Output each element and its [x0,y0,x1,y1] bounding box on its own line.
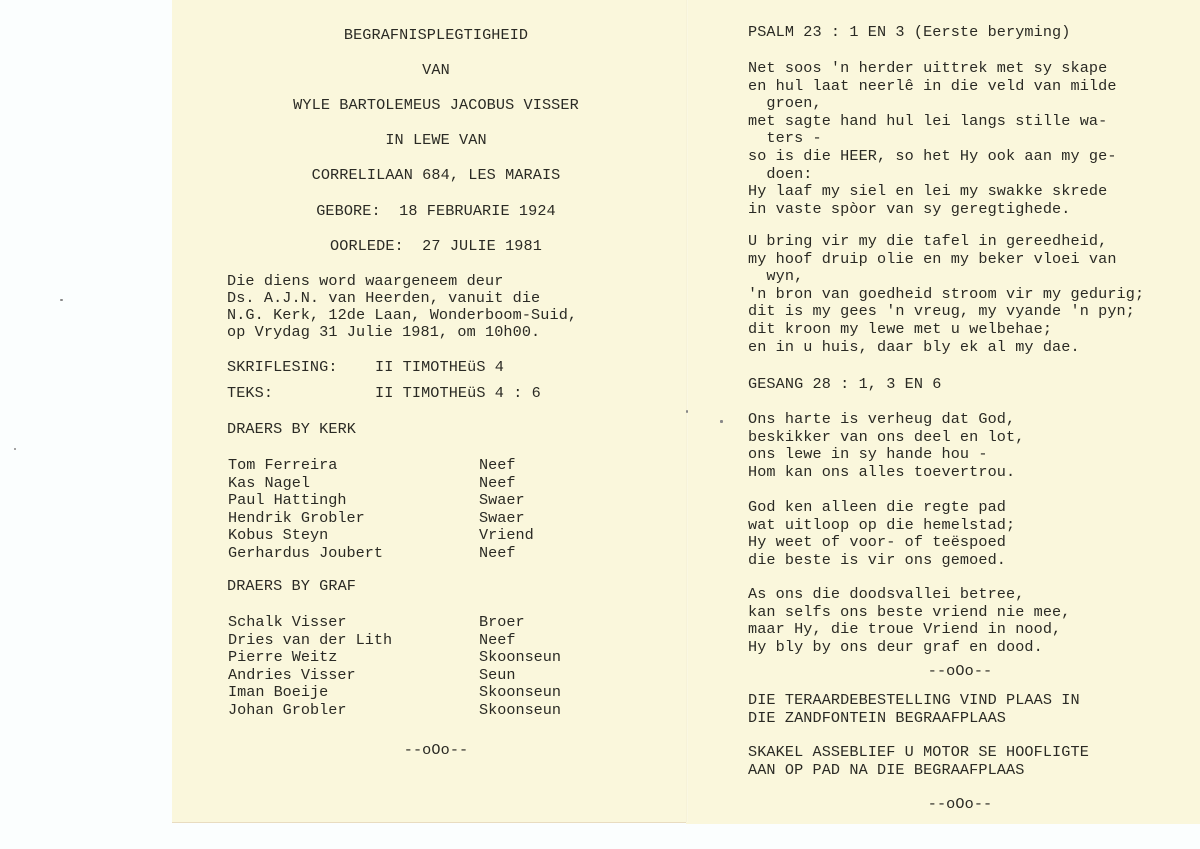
bearers-grave-heading: DRAERS BY GRAF [227,578,356,596]
bearer-name: Iman Boeije [228,683,328,701]
text-line: AAN OP PAD NA DIE BEGRAAFPLAAS [748,762,1024,780]
service-line: op Vrydag 31 Julie 1981, om 10h00. [227,324,540,342]
bearer-relation: Swaer [479,509,525,527]
skriflesing-label: SKRIFLESING: [227,359,338,377]
text-line: U bring vir my die tafel in gereedheid, [748,233,1107,251]
bearer-relation: Skoonseun [479,648,561,666]
text-line: met sagte hand hul lei langs stille wa- [748,113,1107,131]
text-line: Ons harte is verheug dat God, [748,411,1015,429]
bearer-relation: Vriend [479,526,534,544]
text-line: DIE TERAARDEBESTELLING VIND PLAAS IN [748,692,1080,710]
text-line: en in u huis, daar bly ek al my dae. [748,339,1080,357]
in-lewe-van: IN LEWE VAN [226,132,646,150]
text-line: die beste is vir ons gemoed. [748,552,1006,570]
text-line: Hom kan ons alles toevertrou. [748,464,1015,482]
bearer-name: Schalk Visser [228,613,346,631]
skriflesing-value: II TIMOTHEüS 4 [375,359,504,377]
speck [686,410,688,413]
teks-label: TEKS: [227,385,273,403]
speck [60,299,63,301]
text-line: dit kroon my lewe met u welbehae; [748,321,1052,339]
death-date: OORLEDE: 27 JULIE 1981 [226,238,646,256]
text-line: beskikker van ons deel en lot, [748,429,1024,447]
text-line: groen, [748,95,822,113]
text-line: ters - [748,130,822,148]
bearer-relation: Neef [479,631,515,649]
text-line: God ken alleen die regte pad [748,499,1006,517]
bearer-name: Pierre Weitz [228,648,337,666]
text-line: wyn, [748,268,803,286]
text-line: ons lewe in sy hande hou - [748,446,988,464]
bearer-relation: Skoonseun [479,683,561,701]
text-line: Hy bly by ons deur graf en dood. [748,639,1043,657]
teks-value: II TIMOTHEüS 4 : 6 [375,385,541,403]
text-line: maar Hy, die troue Vriend in nood, [748,621,1061,639]
text-line: dit is my gees 'n vreug, my vyande 'n py… [748,303,1135,321]
bearer-relation: Neef [479,456,515,474]
speck [14,448,16,450]
text-line: kan selfs ons beste vriend nie mee, [748,604,1071,622]
text-line: doen: [748,166,813,184]
bearer-name: Paul Hattingh [228,491,346,509]
text-line: DIE ZANDFONTEIN BEGRAAFPLAAS [748,710,1006,728]
bearer-relation: Swaer [479,491,525,509]
service-line: Ds. A.J.N. van Heerden, vanuit die [227,290,540,308]
bearer-name: Kobus Steyn [228,526,328,544]
speck [720,420,723,423]
bearer-name: Andries Visser [228,666,356,684]
bearer-relation: Skoonseun [479,701,561,719]
service-line: Die diens word waargeneem deur [227,273,503,291]
bearer-relation: Broer [479,613,525,631]
deceased-name: WYLE BARTOLEMEUS JACOBUS VISSER [226,97,646,115]
bearer-name: Dries van der Lith [228,631,392,649]
bearer-relation: Neef [479,544,515,562]
text-line: 'n bron van goedheid stroom vir my gedur… [748,286,1144,304]
separator: --oOo-- [226,742,646,760]
bearer-name: Gerhardus Joubert [228,544,383,562]
van-line: VAN [226,62,646,80]
text-line: wat uitloop op die hemelstad; [748,517,1015,535]
text-line: As ons die doodsvallei betree, [748,586,1024,604]
bearer-name: Johan Grobler [228,701,346,719]
bearer-name: Hendrik Grobler [228,509,365,527]
bearer-relation: Seun [479,666,515,684]
separator: --oOo-- [760,796,1160,814]
text-line: my hoof druip olie en my beker vloei van [748,251,1117,269]
text-line: Hy laaf my siel en lei my swakke skrede [748,183,1107,201]
separator: --oOo-- [760,663,1160,681]
psalm-heading: PSALM 23 : 1 EN 3 (Eerste beryming) [748,24,1071,42]
text-line: Hy weet of voor- of teëspoed [748,534,1006,552]
service-line: N.G. Kerk, 12de Laan, Wonderboom-Suid, [227,307,577,325]
gesang-heading: GESANG 28 : 1, 3 EN 6 [748,376,942,394]
text-line: Net soos 'n herder uittrek met sy skape [748,60,1107,78]
program-title: BEGRAFNISPLEGTIGHEID [226,27,646,45]
text-line: en hul laat neerlê in die veld van milde [748,78,1117,96]
text-line: SKAKEL ASSEBLIEF U MOTOR SE HOOFLIGTE [748,744,1089,762]
text-line: in vaste spòor van sy geregtighede. [748,201,1071,219]
bearer-name: Kas Nagel [228,474,310,492]
bearers-church-heading: DRAERS BY KERK [227,421,356,439]
bearer-relation: Neef [479,474,515,492]
bearer-name: Tom Ferreira [228,456,337,474]
text-line: so is die HEER, so het Hy ook aan my ge- [748,148,1117,166]
birth-date: GEBORE: 18 FEBRUARIE 1924 [226,203,646,221]
address: CORRELILAAN 684, LES MARAIS [226,167,646,185]
